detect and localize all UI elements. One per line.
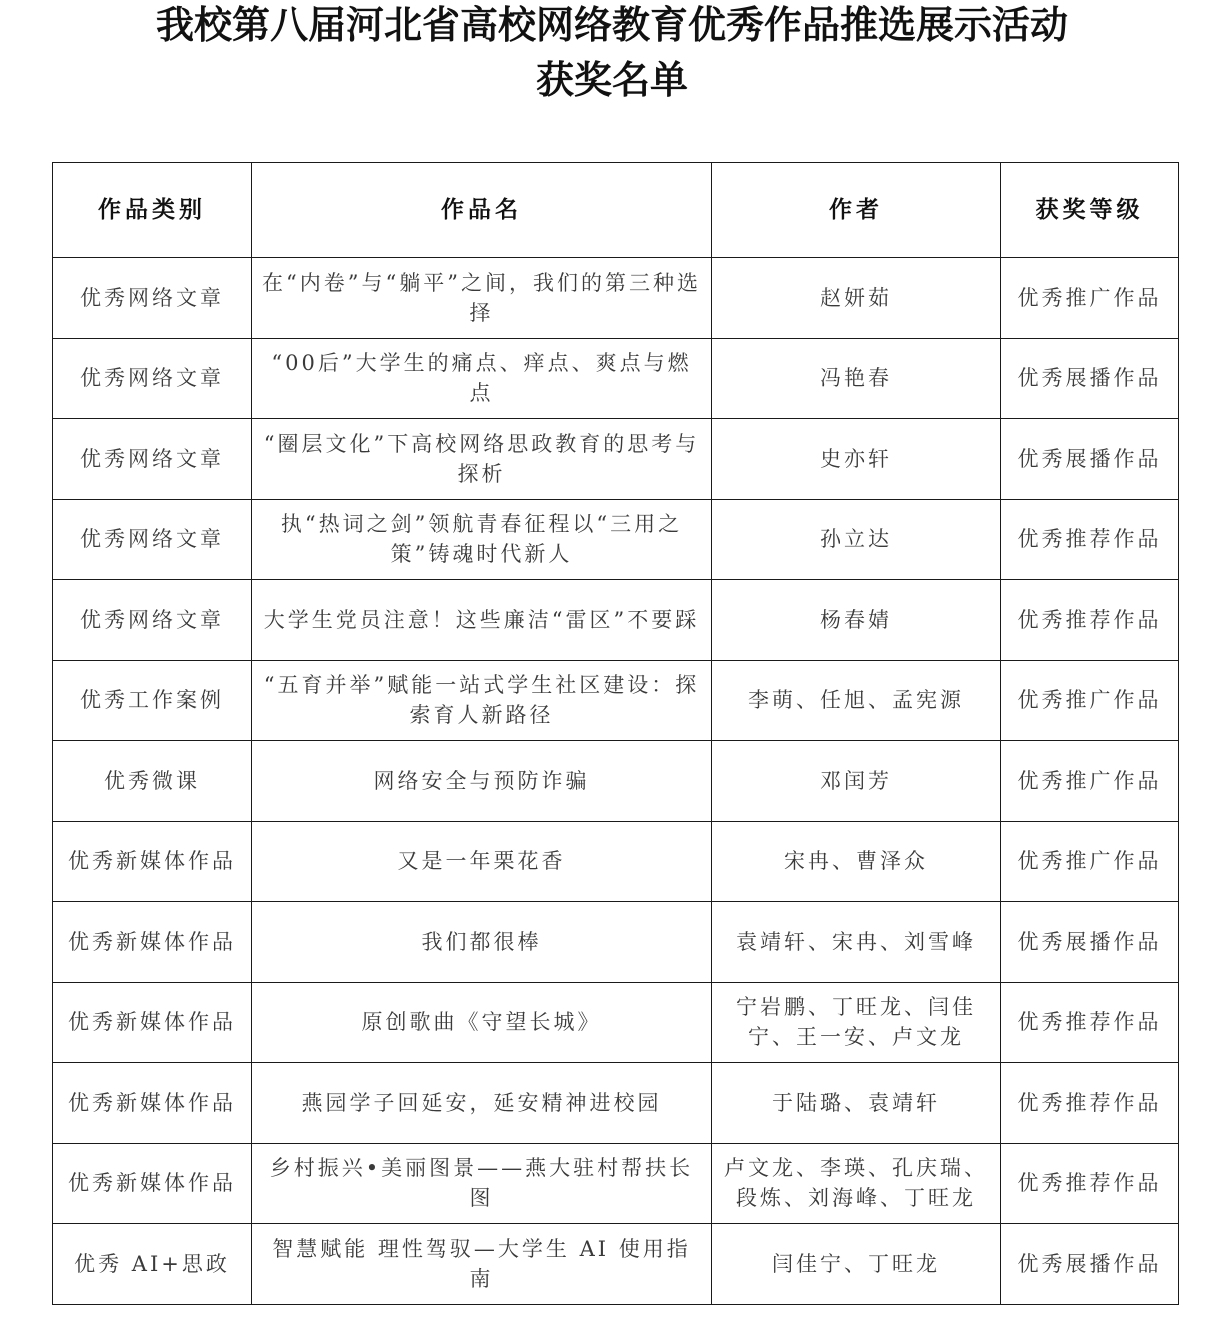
cell-author: 杨春婧	[712, 580, 1001, 661]
cell-award-level: 优秀推荐作品	[1001, 499, 1179, 580]
cell-work-name: 原创歌曲《守望长城》	[252, 982, 712, 1063]
cell-author: 卢文龙、李瑛、孔庆瑞、段炼、刘海峰、丁旺龙	[712, 1143, 1001, 1224]
document-subtitle: 获奖名单	[0, 57, 1224, 103]
cell-author: 孙立达	[712, 499, 1001, 580]
cell-category: 优秀网络文章	[53, 580, 252, 661]
cell-award-level: 优秀推广作品	[1001, 741, 1179, 822]
cell-work-name: 我们都很棒	[252, 902, 712, 983]
cell-author: 袁靖轩、宋冉、刘雪峰	[712, 902, 1001, 983]
cell-award-level: 优秀展播作品	[1001, 1224, 1179, 1305]
cell-category: 优秀网络文章	[53, 419, 252, 500]
table-row: 优秀网络文章 大学生党员注意！这些廉洁“雷区”不要踩 杨春婧 优秀推荐作品	[53, 580, 1179, 661]
header-level: 获奖等级	[1001, 163, 1179, 258]
cell-award-level: 优秀推广作品	[1001, 660, 1179, 741]
header-author: 作者	[712, 163, 1001, 258]
cell-category: 优秀新媒体作品	[53, 1063, 252, 1144]
cell-category: 优秀网络文章	[53, 258, 252, 339]
table-row: 优秀网络文章 “00后”大学生的痛点、痒点、爽点与燃点 冯艳春 优秀展播作品	[53, 338, 1179, 419]
table-row: 优秀网络文章 “圈层文化”下高校网络思政教育的思考与探析 史亦轩 优秀展播作品	[53, 419, 1179, 500]
cell-work-name: 在“内卷”与“躺平”之间，我们的第三种选择	[252, 258, 712, 339]
cell-work-name: “五育并举”赋能一站式学生社区建设：探索育人新路径	[252, 660, 712, 741]
cell-work-name: 大学生党员注意！这些廉洁“雷区”不要踩	[252, 580, 712, 661]
cell-author: 史亦轩	[712, 419, 1001, 500]
cell-category: 优秀新媒体作品	[53, 982, 252, 1063]
table-row: 优秀网络文章 执“热词之剑”领航青春征程以“三用之策”铸魂时代新人 孙立达 优秀…	[53, 499, 1179, 580]
header-category: 作品类别	[53, 163, 252, 258]
cell-author: 闫佳宁、丁旺龙	[712, 1224, 1001, 1305]
cell-category: 优秀 AI+思政	[53, 1224, 252, 1305]
cell-author: 邓闰芳	[712, 741, 1001, 822]
table-row: 优秀新媒体作品 我们都很棒 袁靖轩、宋冉、刘雪峰 优秀展播作品	[53, 902, 1179, 983]
cell-work-name: 智慧赋能 理性驾驭—大学生 AI 使用指南	[252, 1224, 712, 1305]
table-row: 优秀新媒体作品 又是一年栗花香 宋冉、曹泽众 优秀推广作品	[53, 821, 1179, 902]
cell-award-level: 优秀推广作品	[1001, 821, 1179, 902]
header-name: 作品名	[252, 163, 712, 258]
cell-author: 李萌、任旭、孟宪源	[712, 660, 1001, 741]
cell-work-name: “00后”大学生的痛点、痒点、爽点与燃点	[252, 338, 712, 419]
cell-award-level: 优秀展播作品	[1001, 338, 1179, 419]
cell-author: 赵妍茹	[712, 258, 1001, 339]
cell-work-name: 网络安全与预防诈骗	[252, 741, 712, 822]
cell-author: 宁岩鹏、丁旺龙、闫佳宁、王一安、卢文龙	[712, 982, 1001, 1063]
table-row: 优秀新媒体作品 燕园学子回延安，延安精神进校园 于陆璐、袁靖轩 优秀推荐作品	[53, 1063, 1179, 1144]
cell-award-level: 优秀展播作品	[1001, 419, 1179, 500]
table-row: 优秀网络文章 在“内卷”与“躺平”之间，我们的第三种选择 赵妍茹 优秀推广作品	[53, 258, 1179, 339]
cell-award-level: 优秀展播作品	[1001, 902, 1179, 983]
cell-award-level: 优秀推荐作品	[1001, 1063, 1179, 1144]
cell-award-level: 优秀推荐作品	[1001, 982, 1179, 1063]
cell-category: 优秀工作案例	[53, 660, 252, 741]
cell-award-level: 优秀推广作品	[1001, 258, 1179, 339]
cell-category: 优秀网络文章	[53, 499, 252, 580]
cell-award-level: 优秀推荐作品	[1001, 1143, 1179, 1224]
cell-work-name: 执“热词之剑”领航青春征程以“三用之策”铸魂时代新人	[252, 499, 712, 580]
cell-author: 于陆璐、袁靖轩	[712, 1063, 1001, 1144]
cell-author: 冯艳春	[712, 338, 1001, 419]
cell-category: 优秀新媒体作品	[53, 1143, 252, 1224]
table-row: 优秀新媒体作品 乡村振兴•美丽图景——燕大驻村帮扶长图 卢文龙、李瑛、孔庆瑞、段…	[53, 1143, 1179, 1224]
cell-category: 优秀新媒体作品	[53, 902, 252, 983]
cell-work-name: 又是一年栗花香	[252, 821, 712, 902]
table-row: 优秀新媒体作品 原创歌曲《守望长城》 宁岩鹏、丁旺龙、闫佳宁、王一安、卢文龙 优…	[53, 982, 1179, 1063]
cell-work-name: 燕园学子回延安，延安精神进校园	[252, 1063, 712, 1144]
table-row: 优秀微课 网络安全与预防诈骗 邓闰芳 优秀推广作品	[53, 741, 1179, 822]
cell-award-level: 优秀推荐作品	[1001, 580, 1179, 661]
table-row: 优秀 AI+思政 智慧赋能 理性驾驭—大学生 AI 使用指南 闫佳宁、丁旺龙 优…	[53, 1224, 1179, 1305]
cell-author: 宋冉、曹泽众	[712, 821, 1001, 902]
cell-work-name: “圈层文化”下高校网络思政教育的思考与探析	[252, 419, 712, 500]
awards-table: 作品类别 作品名 作者 获奖等级 优秀网络文章 在“内卷”与“躺平”之间，我们的…	[52, 162, 1179, 1305]
document-title: 我校第八届河北省高校网络教育优秀作品推选展示活动	[0, 2, 1224, 48]
table-row: 优秀工作案例 “五育并举”赋能一站式学生社区建设：探索育人新路径 李萌、任旭、孟…	[53, 660, 1179, 741]
cell-category: 优秀微课	[53, 741, 252, 822]
cell-category: 优秀新媒体作品	[53, 821, 252, 902]
table-header-row: 作品类别 作品名 作者 获奖等级	[53, 163, 1179, 258]
cell-work-name: 乡村振兴•美丽图景——燕大驻村帮扶长图	[252, 1143, 712, 1224]
cell-category: 优秀网络文章	[53, 338, 252, 419]
